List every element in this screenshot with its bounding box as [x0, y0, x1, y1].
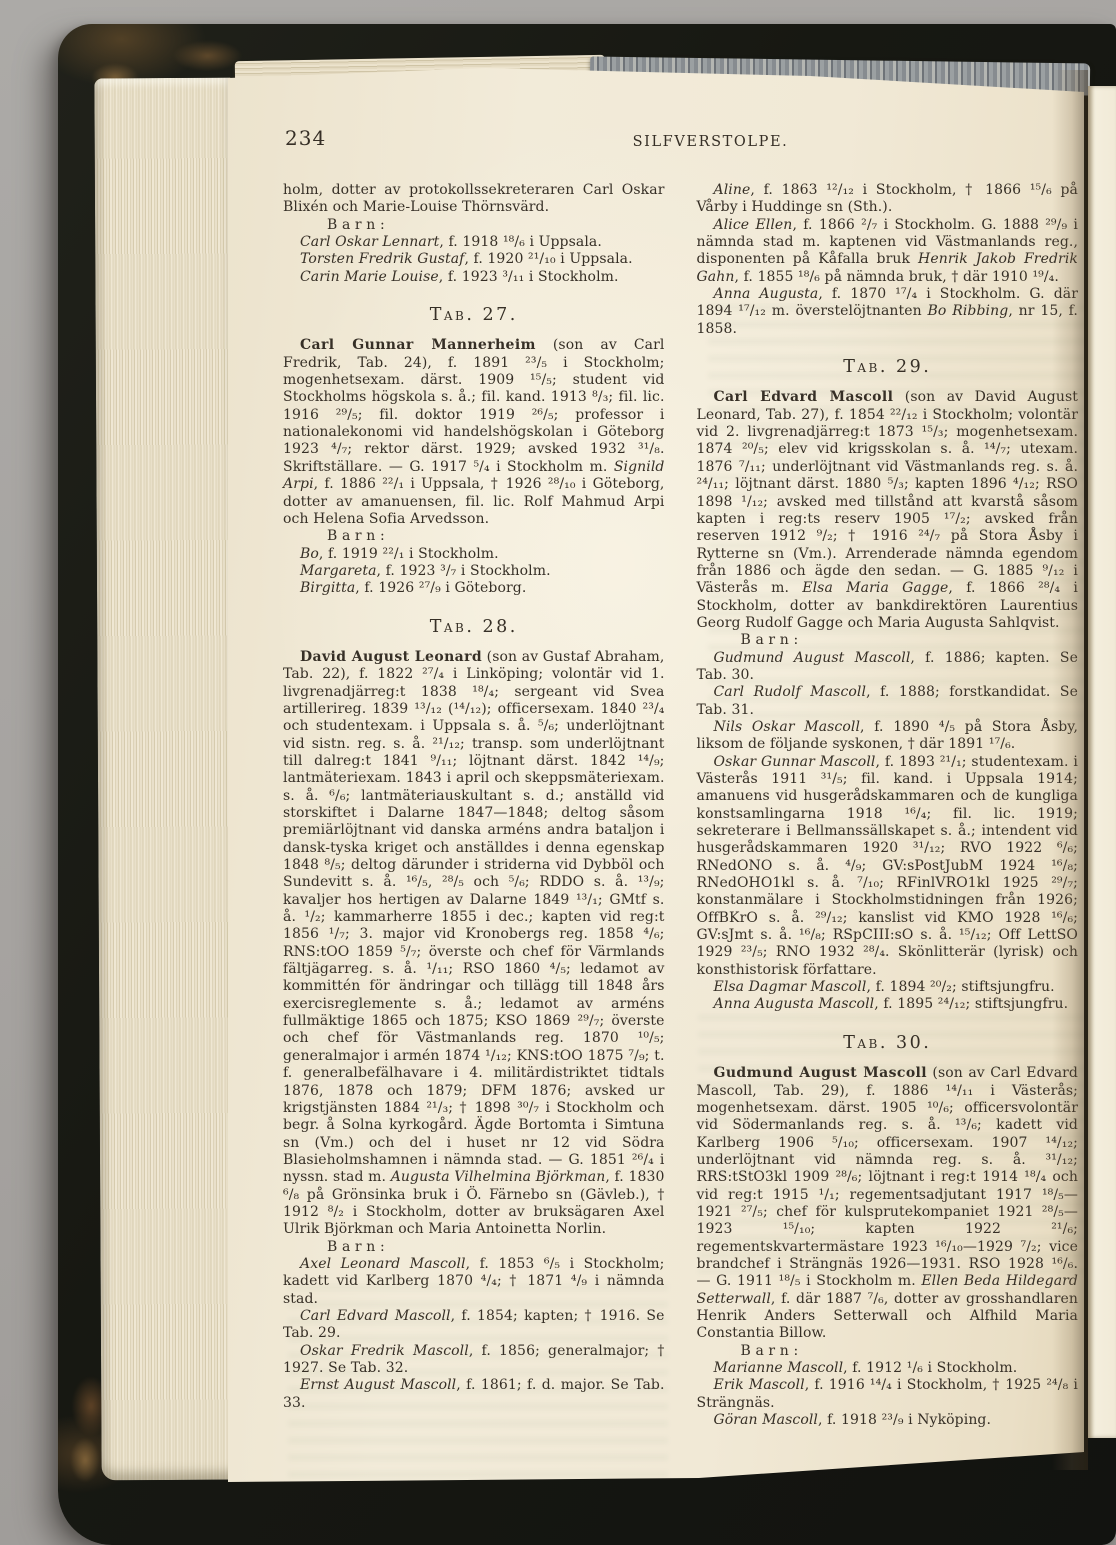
book-page: 234 SILFVERSTOLPE. holm, dotter av proto… — [228, 64, 1084, 1494]
body-text: , f. 1923 ³/₁₁ i Stockholm. — [439, 269, 619, 285]
body-text: , f. 1886 ²²/₁ i Uppsala, † 1926 ²⁸/₁₀ i… — [283, 476, 665, 527]
child-entry: Ernst August Mascoll, f. 1861; f. d. maj… — [283, 1377, 665, 1412]
person-name-italic: Bo Ribbing — [928, 303, 1009, 319]
running-title: SILFVERSTOLPE. — [343, 134, 1078, 151]
barn-label: B a r n : — [283, 217, 665, 234]
body-text: , f. 1923 ³/₇ i Stockholm. — [377, 563, 551, 579]
child-entry: Carl Rudolf Mascoll, f. 1888; forstkandi… — [697, 684, 1079, 719]
child-entry: Marianne Mascoll, f. 1912 ¹/₆ i Stockhol… — [697, 1360, 1079, 1377]
person-name-italic: Carl Oskar Lennart — [300, 234, 439, 250]
child-entry: Oskar Fredrik Mascoll, f. 1856; generalm… — [283, 1343, 665, 1378]
body-text: , f. 1926 ²⁷/₉ i Göteborg. — [355, 580, 526, 596]
child-entry: Birgitta, f. 1926 ²⁷/₉ i Göteborg. — [283, 580, 665, 597]
person-name-italic: Anna Augusta Mascoll — [714, 996, 875, 1012]
tab-heading: Tab. 28. — [283, 619, 665, 636]
paragraph: Gudmund August Mascoll (son av Carl Edva… — [697, 1065, 1079, 1343]
child-entry: Gudmund August Mascoll, f. 1886; kapten.… — [697, 650, 1079, 685]
person-name-italic: Gudmund August Mascoll — [714, 650, 911, 666]
person-name-italic: Elsa Maria Gagge — [802, 580, 948, 596]
child-entry: Göran Mascoll, f. 1918 ²³/₉ i Nyköping. — [697, 1412, 1079, 1429]
right-column: Aline, f. 1863 ¹²/₁₂ i Stockholm, † 1866… — [697, 182, 1079, 1429]
person-name-italic: Bo — [300, 546, 319, 562]
body-text: (son av David August Leonard, Tab. 27), … — [697, 389, 1079, 596]
child-entry: Bo, f. 1919 ²²/₁ i Stockholm. — [283, 546, 665, 563]
body-text: (son av Carl Edvard Mascoll, Tab. 29), f… — [697, 1065, 1079, 1289]
body-text: (son av Gustaf Abraham, Tab. 22), f. 182… — [283, 649, 665, 1185]
person-name-italic: Axel Leonard Mascoll — [300, 1256, 466, 1272]
child-entry: Elsa Dagmar Mascoll, f. 1894 ²⁰/₂; stift… — [697, 979, 1079, 996]
barn-label: B a r n : — [283, 1239, 665, 1256]
child-entry: Anna Augusta Mascoll, f. 1895 ²⁴/₁₂; sti… — [697, 996, 1079, 1013]
body-text: , f. 1918 ¹⁸/₆ i Uppsala. — [439, 234, 602, 250]
page-number: 234 — [285, 130, 326, 147]
person-name-italic: Oskar Fredrik Mascoll — [300, 1343, 469, 1359]
body-text: , f. 1912 ¹/₆ i Stockholm. — [843, 1360, 1017, 1376]
person-name-italic: Oskar Gunnar Mascoll — [714, 754, 876, 770]
person-name-italic: Birgitta — [300, 580, 355, 596]
body-text: , f. 1855 ¹⁸/₆ på nämnda bruk, † där 191… — [734, 269, 1058, 285]
child-entry: Erik Mascoll, f. 1916 ¹⁴/₄ i Stockholm, … — [697, 1377, 1079, 1412]
body-text: , f. 1895 ²⁴/₁₂; stiftsjungfru. — [874, 996, 1068, 1012]
child-entry: Carin Marie Louise, f. 1923 ³/₁₁ i Stock… — [283, 269, 665, 286]
person-name-bold: Gudmund August Mascoll — [714, 1065, 928, 1081]
body-text: , f. 1893 ²¹/₁; studentexam. i Västerås … — [697, 754, 1079, 978]
person-name-italic: Göran Mascoll — [714, 1412, 819, 1428]
person-name-italic: Carin Marie Louise — [300, 269, 439, 285]
person-name-italic: Torsten Fredrik Gustaf — [300, 251, 464, 267]
person-name-italic: Carl Edvard Mascoll — [300, 1308, 451, 1324]
paragraph: Carl Edvard Mascoll (son av David August… — [697, 389, 1079, 632]
person-name-italic: Nils Oskar Mascoll — [714, 719, 861, 735]
body-text: , f. 1894 ²⁰/₂; stiftsjungfru. — [866, 979, 1054, 995]
left-column: holm, dotter av protokollssekreteraren C… — [283, 182, 665, 1429]
child-entry: Axel Leonard Mascoll, f. 1853 ⁶/₅ i Stoc… — [283, 1256, 665, 1308]
child-entry: Margareta, f. 1923 ³/₇ i Stockholm. — [283, 563, 665, 580]
tab-heading: Tab. 30. — [697, 1035, 1079, 1052]
child-entry: Anna Augusta, f. 1870 ¹⁷/₄ i Stockholm. … — [697, 286, 1079, 338]
tab-heading: Tab. 29. — [697, 359, 1079, 376]
person-name-bold: Carl Gunnar Mannerheim — [300, 337, 536, 353]
person-name-italic: Carl Rudolf Mascoll — [714, 684, 867, 700]
paragraph: David August Leonard (son av Gustaf Abra… — [283, 649, 665, 1239]
person-name-italic: Alice Ellen — [714, 217, 793, 233]
child-entry: Nils Oskar Mascoll, f. 1890 ⁴/₅ på Stora… — [697, 719, 1079, 754]
child-entry: Aline, f. 1863 ¹²/₁₂ i Stockholm, † 1866… — [697, 182, 1079, 217]
person-name-italic: Elsa Dagmar Mascoll — [714, 979, 867, 995]
person-name-italic: Augusta Vilhelmina Björkman — [391, 1169, 606, 1185]
barn-label: B a r n : — [697, 632, 1079, 649]
child-entry: Carl Oskar Lennart, f. 1918 ¹⁸/₆ i Uppsa… — [283, 234, 665, 251]
person-name-italic: Ernst August Mascoll — [300, 1377, 456, 1393]
body-text: (son av Carl Fredrik, Tab. 24), f. 1891 … — [283, 337, 665, 474]
body-text: , f. 1919 ²²/₁ i Stockholm. — [319, 546, 499, 562]
person-name-italic: Margareta — [300, 563, 377, 579]
child-entry: Torsten Fredrik Gustaf, f. 1920 ²¹/₁₀ i … — [283, 251, 665, 268]
person-name-bold: David August Leonard — [300, 649, 482, 665]
child-entry: Carl Edvard Mascoll, f. 1854; kapten; † … — [283, 1308, 665, 1343]
person-name-italic: Erik Mascoll — [714, 1377, 805, 1393]
body-text: , f. 1863 ¹²/₁₂ i Stockholm, † 1866 ¹⁵/₆… — [697, 182, 1079, 215]
child-entry: Alice Ellen, f. 1866 ²/₇ i Stockholm. G.… — [697, 217, 1079, 286]
body-text: holm, dotter av protokollssekreteraren C… — [283, 182, 665, 215]
child-entry: Oskar Gunnar Mascoll, f. 1893 ²¹/₁; stud… — [697, 754, 1079, 979]
paragraph: holm, dotter av protokollssekreteraren C… — [283, 182, 665, 217]
paragraph: Carl Gunnar Mannerheim (son av Carl Fred… — [283, 337, 665, 528]
person-name-bold: Carl Edvard Mascoll — [714, 389, 894, 405]
barn-label: B a r n : — [283, 528, 665, 545]
barn-label: B a r n : — [697, 1343, 1079, 1360]
body-text: , f. 1920 ²¹/₁₀ i Uppsala. — [464, 251, 632, 267]
text-columns: holm, dotter av protokollssekreteraren C… — [283, 182, 1078, 1429]
page-stack-fore-edge — [94, 78, 237, 1481]
person-name-italic: Aline — [714, 182, 751, 198]
person-name-italic: Marianne Mascoll — [714, 1360, 844, 1376]
printed-text: 234 SILFVERSTOLPE. holm, dotter av proto… — [283, 130, 1078, 1429]
facing-page-edge — [1088, 86, 1116, 1438]
person-name-italic: Anna Augusta — [714, 286, 819, 302]
tab-heading: Tab. 27. — [283, 307, 665, 324]
body-text: , f. 1918 ²³/₉ i Nyköping. — [818, 1412, 991, 1428]
page-header: 234 SILFVERSTOLPE. — [283, 130, 1078, 156]
